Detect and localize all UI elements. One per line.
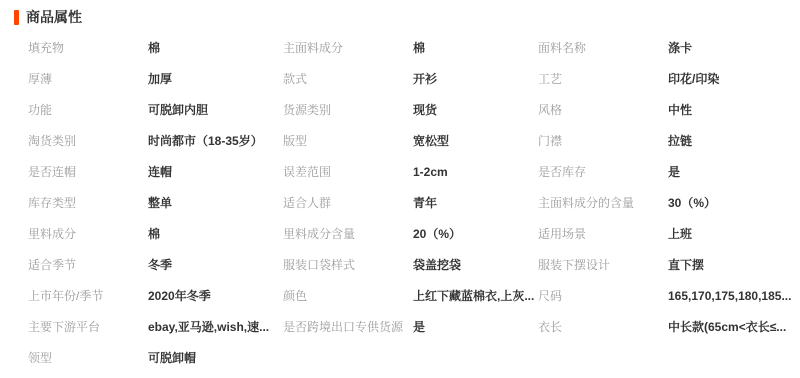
attr-value: 宽松型	[413, 132, 538, 149]
product-attributes-panel: 商品属性 填充物 棉 主面料成分 棉 面料名称 涤卡 厚薄 加厚 款式 开衫 工…	[0, 0, 800, 378]
attr-label: 里料成分	[28, 225, 148, 242]
attr-value: 连帽	[148, 163, 283, 180]
section-title: 商品属性	[26, 8, 82, 26]
attr-label: 适合季节	[28, 256, 148, 273]
attr-value: 开衫	[413, 70, 538, 87]
attr-value: 棉	[148, 39, 283, 56]
attr-value: 涤卡	[668, 39, 800, 56]
section-header: 商品属性	[14, 8, 800, 26]
attr-label: 主要下游平台	[28, 318, 148, 335]
attr-value: ebay,亚马逊,wish,速...	[148, 318, 283, 335]
attr-label: 适用场景	[538, 225, 668, 242]
attr-value: 可脱卸帽	[148, 349, 283, 366]
attr-label: 上市年份/季节	[28, 287, 148, 304]
attr-label: 淘货类别	[28, 132, 148, 149]
attr-label: 风格	[538, 101, 668, 118]
attr-label: 是否跨境出口专供货源	[283, 318, 413, 335]
attr-value: 上红下藏蓝棉衣,上灰...	[413, 287, 538, 304]
attr-label: 填充物	[28, 39, 148, 56]
attr-value: 棉	[148, 225, 283, 242]
attr-value: 棉	[413, 39, 538, 56]
attr-label: 工艺	[538, 70, 668, 87]
attr-label: 款式	[283, 70, 413, 87]
attr-label: 面料名称	[538, 39, 668, 56]
attr-label: 是否库存	[538, 163, 668, 180]
attr-value: 青年	[413, 194, 538, 211]
attr-label: 厚薄	[28, 70, 148, 87]
attr-label: 误差范围	[283, 163, 413, 180]
attributes-table: 填充物 棉 主面料成分 棉 面料名称 涤卡 厚薄 加厚 款式 开衫 工艺 印花/…	[28, 32, 800, 373]
attr-label: 门襟	[538, 132, 668, 149]
attr-label: 颜色	[283, 287, 413, 304]
attr-value: 是	[413, 318, 538, 335]
attr-label: 货源类别	[283, 101, 413, 118]
attr-label: 领型	[28, 349, 148, 366]
attr-label: 版型	[283, 132, 413, 149]
attr-label: 主面料成分	[283, 39, 413, 56]
attr-label: 里料成分含量	[283, 225, 413, 242]
attr-label: 库存类型	[28, 194, 148, 211]
attr-value: 2020年冬季	[148, 287, 283, 304]
attr-value: 现货	[413, 101, 538, 118]
attr-label: 服装下摆设计	[538, 256, 668, 273]
attr-value: 中性	[668, 101, 800, 118]
attr-value: 165,170,175,180,185...	[668, 289, 800, 303]
attr-value: 可脱卸内胆	[148, 101, 283, 118]
attr-label: 是否连帽	[28, 163, 148, 180]
attr-label: 适合人群	[283, 194, 413, 211]
attr-value: 20（%）	[413, 225, 538, 242]
attr-value: 冬季	[148, 256, 283, 273]
attr-value: 印花/印染	[668, 70, 800, 87]
attr-value: 30（%）	[668, 194, 800, 211]
attr-label: 衣长	[538, 318, 668, 335]
attr-value: 上班	[668, 225, 800, 242]
attr-value: 整单	[148, 194, 283, 211]
attr-label: 主面料成分的含量	[538, 194, 668, 211]
attr-value: 1-2cm	[413, 165, 538, 179]
attr-value: 中长款(65cm<衣长≤...	[668, 318, 800, 335]
attr-label: 尺码	[538, 287, 668, 304]
attr-label: 功能	[28, 101, 148, 118]
section-marker-icon	[14, 10, 19, 25]
attr-value: 袋盖挖袋	[413, 256, 538, 273]
attr-value: 是	[668, 163, 800, 180]
attr-value: 直下摆	[668, 256, 800, 273]
attr-value: 拉链	[668, 132, 800, 149]
attr-label: 服装口袋样式	[283, 256, 413, 273]
attr-value: 时尚都市（18-35岁）	[148, 132, 283, 149]
attr-value: 加厚	[148, 70, 283, 87]
